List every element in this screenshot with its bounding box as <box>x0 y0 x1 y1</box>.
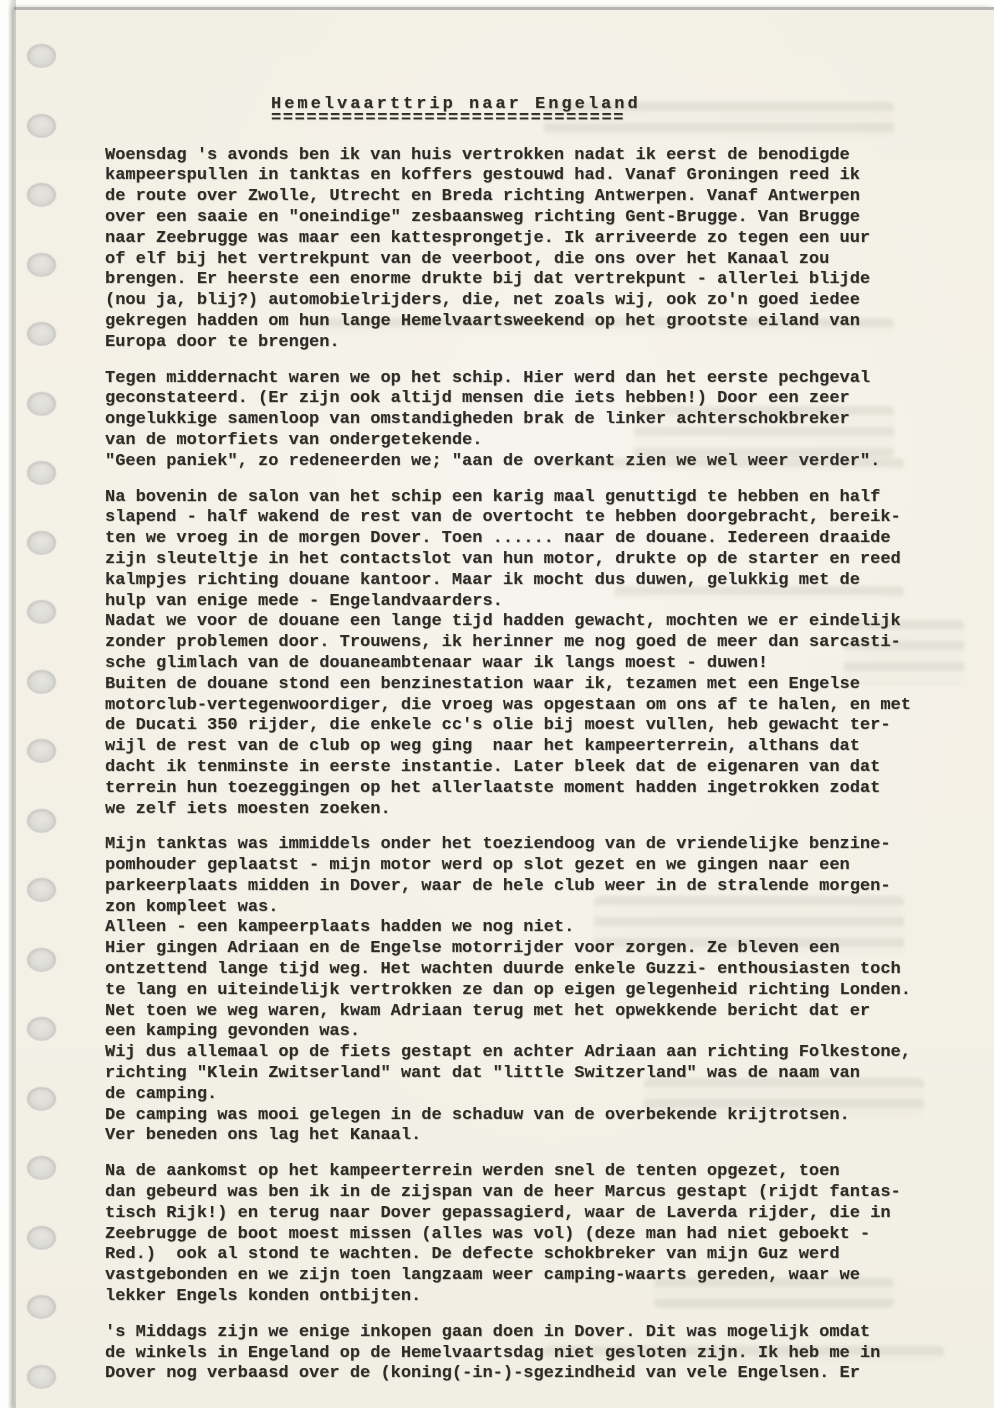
text-line: (nou ja, blij?) automobielrijders, die, … <box>105 291 945 312</box>
text-line: tisch Rijk!) en terug naar Dover gepassa… <box>105 1204 945 1225</box>
text-line: sche glimlach van de douaneambtenaar waa… <box>105 654 945 675</box>
punch-hole <box>27 1226 56 1250</box>
text-line: naar Zeebrugge was maar een kattespronge… <box>105 229 945 250</box>
text-line: motorclub-vertegenwoordiger, die vroeg w… <box>105 696 945 717</box>
text-line: Dover nog verbaasd over de (koning(-in-)… <box>105 1364 945 1385</box>
text-line: ten we vroeg in de morgen Dover. Toen ..… <box>105 529 945 550</box>
punch-hole <box>27 461 56 485</box>
text-line: dacht ik tenminste in eerste instantie. … <box>105 758 945 779</box>
text-line: wijl de rest van de club op weg ging naa… <box>105 737 945 758</box>
punch-hole <box>27 1156 56 1180</box>
text-line: hulp van enige mede - Engelandvaarders. <box>105 592 945 613</box>
text-line: geconstateerd. (Er zijn ook altijd mense… <box>105 389 945 410</box>
text-line: De camping was mooi gelegen in de schadu… <box>105 1106 945 1127</box>
text-line: Na de aankomst op het kampeerterrein wer… <box>105 1162 945 1183</box>
document-body: Woensdag 's avonds ben ik van huis vertr… <box>105 146 945 1386</box>
document-content: Hemelvaarttrip naar Engeland ===========… <box>105 95 945 1385</box>
punch-hole <box>27 392 56 416</box>
scanned-page: Hemelvaarttrip naar Engeland ===========… <box>0 0 994 1408</box>
punch-hole <box>27 531 56 555</box>
text-line: Europa door te brengen. <box>105 333 945 354</box>
text-line: zijn sleuteltje in het contactslot van h… <box>105 550 945 571</box>
paragraph: 's Middags zijn we enige inkopen gaan do… <box>105 1323 945 1385</box>
text-line: Wij dus allemaal op de fiets gestapt en … <box>105 1043 945 1064</box>
text-line: ongelukkige samenloop van omstandigheden… <box>105 410 945 431</box>
text-line: pomhouder geplaatst - mijn motor werd op… <box>105 856 945 877</box>
text-line: ontzettend lange tijd weg. Het wachten d… <box>105 960 945 981</box>
text-line: een kamping gevonden was. <box>105 1022 945 1043</box>
text-line: zonder problemen door. Trouwens, ik heri… <box>105 633 945 654</box>
scan-edge-shadow <box>8 0 16 1408</box>
text-line: terrein hun toezeggingen op het allerlaa… <box>105 779 945 800</box>
text-line: te lang en uiteindelijk vertrokken ze da… <box>105 981 945 1002</box>
text-line: over een saaie en "oneindige" zesbaanswe… <box>105 208 945 229</box>
text-line: Na bovenin de salon van het schip een ka… <box>105 488 945 509</box>
paragraph: Woensdag 's avonds ben ik van huis vertr… <box>105 146 945 354</box>
text-line: Hier gingen Adriaan en de Engelse motorr… <box>105 939 945 960</box>
punch-hole <box>27 809 56 833</box>
text-line: "Geen paniek", zo redeneerden we; "aan d… <box>105 452 945 473</box>
text-line: Buiten de douane stond een benzinestatio… <box>105 675 945 696</box>
paragraph: Na de aankomst op het kampeerterrein wer… <box>105 1162 945 1308</box>
title-underline: ============================== <box>271 109 945 130</box>
text-line: Alleen - een kampeerplaats hadden we nog… <box>105 918 945 939</box>
text-line: 's Middags zijn we enige inkopen gaan do… <box>105 1323 945 1344</box>
text-line: Zeebrugge de boot moest missen (alles wa… <box>105 1225 945 1246</box>
text-line: dan gebeurd was ben ik in de zijspan van… <box>105 1183 945 1204</box>
text-line: kampeerspullen in tanktas en koffers ges… <box>105 166 945 187</box>
text-line: de route over Zwolle, Utrecht en Breda r… <box>105 187 945 208</box>
text-line: van de motorfiets van ondergetekende. <box>105 431 945 452</box>
paragraph: Na bovenin de salon van het schip een ka… <box>105 488 945 821</box>
text-line: de Ducati 350 rijder, die enkele cc's ol… <box>105 716 945 737</box>
text-line: Woensdag 's avonds ben ik van huis vertr… <box>105 146 945 167</box>
paper-sheet: Hemelvaarttrip naar Engeland ===========… <box>14 7 994 1408</box>
paragraph: Tegen middernacht waren we op het schip.… <box>105 369 945 473</box>
punch-hole <box>27 322 56 346</box>
punch-hole <box>27 1087 56 1111</box>
text-line: lekker Engels konden ontbijten. <box>105 1287 945 1308</box>
text-line: kalmpjes richting douane kantoor. Maar i… <box>105 571 945 592</box>
text-line: zon kompleet was. <box>105 898 945 919</box>
paragraph: Mijn tanktas was immiddels onder het toe… <box>105 835 945 1147</box>
punch-hole <box>27 878 56 902</box>
punch-hole <box>27 670 56 694</box>
text-line: Nadat we voor de douane een lange tijd h… <box>105 612 945 633</box>
text-line: Ver beneden ons lag het Kanaal. <box>105 1126 945 1147</box>
punch-hole <box>27 183 56 207</box>
text-line: we zelf iets moesten zoeken. <box>105 800 945 821</box>
text-line: Tegen middernacht waren we op het schip.… <box>105 369 945 390</box>
text-line: Red.) ook al stond te wachten. De defect… <box>105 1245 945 1266</box>
punch-hole <box>27 253 56 277</box>
text-line: gekregen hadden om hun lange Hemelvaarts… <box>105 312 945 333</box>
text-line: Mijn tanktas was immiddels onder het toe… <box>105 835 945 856</box>
text-line: de winkels in Engeland op de Hemelvaarts… <box>105 1344 945 1365</box>
punch-hole <box>27 948 56 972</box>
text-line: richting "Klein Zwitserland" want dat "l… <box>105 1064 945 1085</box>
text-line: vastgebonden en we zijn toen langzaam we… <box>105 1266 945 1287</box>
text-line: Net toen we weg waren, kwam Adriaan teru… <box>105 1002 945 1023</box>
punch-hole <box>27 739 56 763</box>
punch-hole <box>27 44 56 68</box>
punch-hole <box>27 600 56 624</box>
text-line: slapend - half wakend de rest van de ove… <box>105 508 945 529</box>
text-line: parkeerplaats midden in Dover, waar de h… <box>105 877 945 898</box>
text-line: brengen. Er heerste een enorme drukte bi… <box>105 270 945 291</box>
punch-hole <box>27 1295 56 1319</box>
punch-hole <box>27 114 56 138</box>
punch-hole <box>27 1017 56 1041</box>
punch-hole <box>27 1365 56 1389</box>
text-line: of elf bij het vertrekpunt van de veerbo… <box>105 250 945 271</box>
text-line: de camping. <box>105 1085 945 1106</box>
